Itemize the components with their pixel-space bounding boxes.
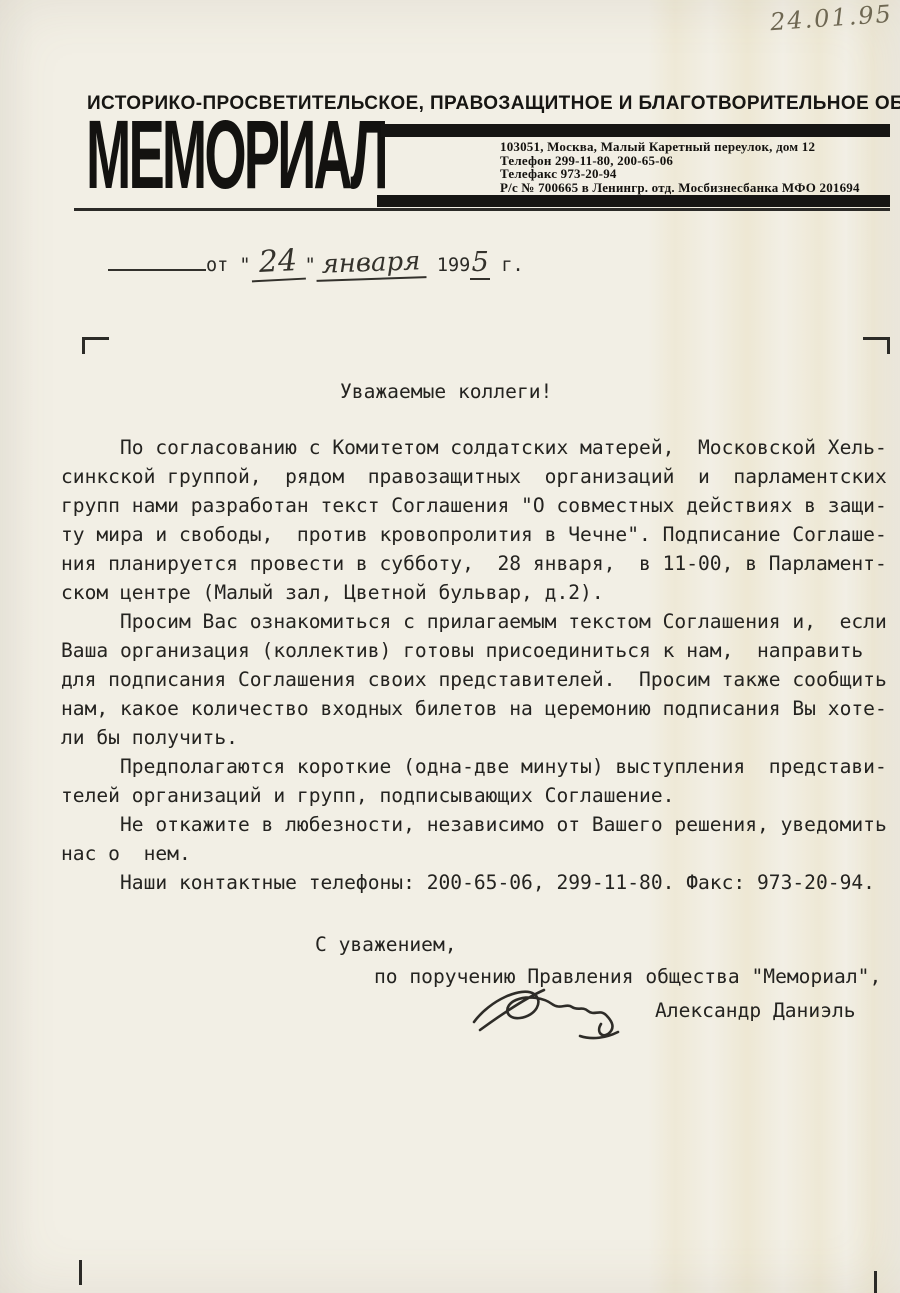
date-line: от "24"января 1995 г. [108, 244, 524, 281]
letterhead-bottom-bar [377, 195, 890, 207]
closing-regards: С уважением, [315, 933, 457, 956]
body-line: ском центре (Малый зал, Цветной бульвар,… [61, 578, 887, 607]
body-line: ту мира и свободы, против кровопролития … [61, 520, 887, 549]
date-close-quote: " [305, 255, 316, 276]
document-page: 24.01.95 ИСТОРИКО-ПРОСВЕТИТЕЛЬСКОЕ, ПРАВ… [0, 0, 900, 1293]
bottom-tick-right [874, 1271, 877, 1293]
salutation: Уважаемые коллеги! [340, 380, 552, 403]
body-line: Наши контактные телефоны: 200-65-06, 299… [61, 868, 887, 897]
body-line: Просим Вас ознакомиться с прилагаемым те… [61, 607, 887, 636]
date-prefix: от [206, 255, 239, 276]
body-line: групп нами разработан текст Соглашения "… [61, 491, 887, 520]
date-blank-underline [108, 269, 206, 271]
body-line: Предполагаются короткие (одна-две минуты… [61, 752, 887, 781]
date-year-printed: 199 [426, 255, 471, 276]
date-year-handwritten: 5 [470, 247, 490, 280]
corner-crop-mark-left [82, 337, 109, 354]
letterhead-thin-rule [74, 208, 890, 211]
body-line: телей организаций и групп, подписывающих… [61, 781, 887, 810]
address-line: Телефон 299-11-80, 200-65-06 [500, 154, 890, 168]
address-line: 103051, Москва, Малый Каретный переулок,… [500, 140, 890, 154]
body-line: ния планируется провести в субботу, 28 я… [61, 549, 887, 578]
date-month-handwritten: января [315, 246, 426, 282]
body-line: ли бы получить. [61, 723, 887, 752]
corner-crop-mark-right [863, 337, 890, 354]
bottom-tick-left [79, 1260, 82, 1285]
signature-scrawl [468, 978, 643, 1044]
address-line: Р/с № 700665 в Ленингр. отд. Мосбизнесба… [500, 181, 890, 195]
letterhead-top-bar [381, 124, 890, 137]
address-block: 103051, Москва, Малый Каретный переулок,… [500, 140, 890, 194]
body-line: Ваша организация (коллектив) готовы прис… [61, 636, 887, 665]
body-line: синкской группой, рядом правозащитных ор… [61, 462, 887, 491]
body-line: нас о нем. [61, 839, 887, 868]
body-line: для подписания Соглашения своих представ… [61, 665, 887, 694]
date-day-handwritten: 24 [250, 243, 306, 283]
signer-name: Александр Даниэль [655, 999, 856, 1022]
handwritten-date-annotation: 24.01.95 [769, 0, 894, 36]
body-line: Не откажите в любезности, независимо от … [61, 810, 887, 839]
body-line: По согласованию с Комитетом солдатских м… [61, 433, 887, 462]
body-line: нам, какое количество входных билетов на… [61, 694, 887, 723]
memorial-logo: МЕМОРИАЛ [86, 106, 386, 203]
date-suffix: г. [490, 255, 523, 276]
letter-body: По согласованию с Комитетом солдатских м… [61, 433, 887, 897]
address-line: Телефакс 973-20-94 [500, 167, 890, 181]
date-open-quote: " [239, 255, 250, 276]
